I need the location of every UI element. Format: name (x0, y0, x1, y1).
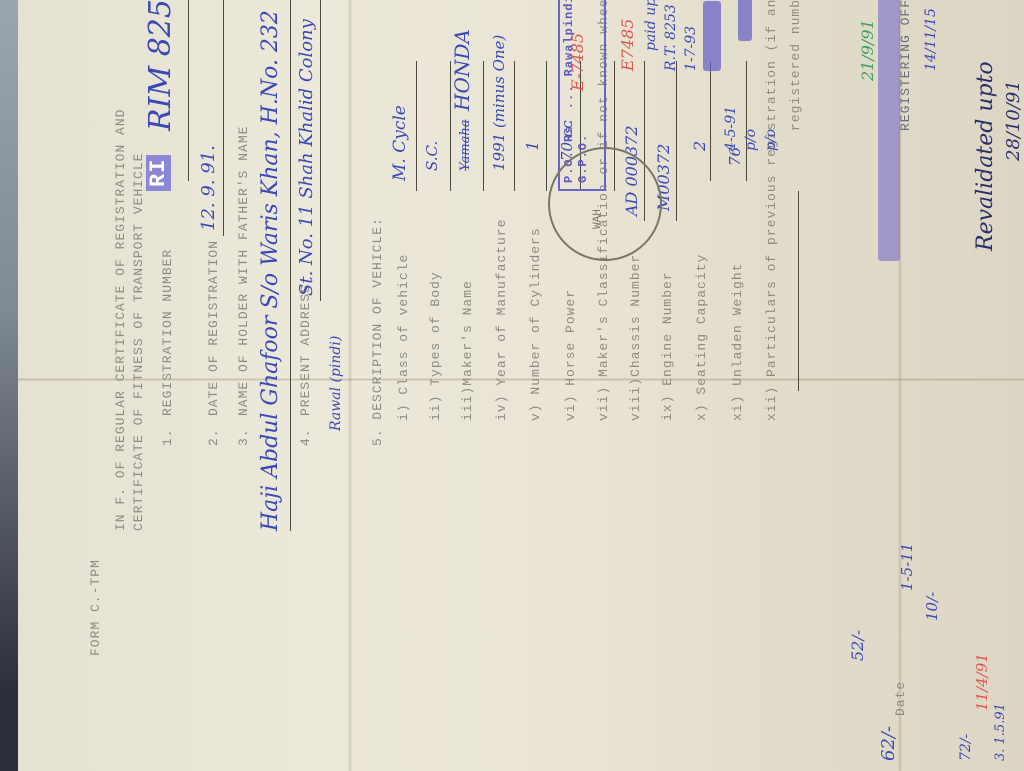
ri-stamp: RI (146, 155, 171, 191)
field-line (746, 61, 747, 181)
fee-note-6: p/o (763, 129, 779, 151)
item-vi: vi) Horse Power (563, 289, 578, 421)
field-3-num: 3. (236, 428, 251, 446)
red-amount: E7485 (618, 19, 637, 71)
field-line (223, 0, 224, 236)
number-note: 3. 1.5.91 (993, 703, 1008, 761)
field-line (514, 61, 515, 191)
item-iii: iii)Maker's Name (460, 280, 475, 421)
body-type-value: S.C. (423, 141, 441, 171)
registration-certificate: FORM C.-TPM IN F. OF REGULAR CERTIFICATE… (18, 0, 1024, 771)
fee-note-3: 1-7-93 (683, 26, 699, 71)
class-of-vehicle-value: M. Cycle (390, 105, 410, 181)
item-v: v) Number of Cylinders (528, 227, 543, 421)
field-3-label: NAME OF HOLDER WITH FATHER'S NAME (236, 126, 251, 416)
cylinders-value: 1 (523, 141, 542, 151)
field-line (290, 0, 291, 531)
item-i: i) Class of vehicle (396, 254, 411, 421)
ink-stamp (703, 1, 721, 71)
section-5-heading: 5. DESCRIPTION OF VEHICLE: (370, 217, 385, 446)
amount-72: 72/- (958, 734, 974, 761)
item-xi: xi) Unladen Weight (730, 263, 745, 421)
field-line (546, 61, 547, 191)
seating-capacity-value: 2 (690, 141, 709, 151)
field-2-label: DATE OF REGISTRATION (206, 240, 221, 416)
ink-stamp (738, 0, 752, 41)
fee-note-2: R.T. 8253 (663, 4, 679, 71)
title-line-1: IN F. OF REGULAR CERTIFICATE OF REGISTRA… (113, 109, 128, 531)
date-value: 1-5-11 (898, 543, 916, 591)
year-value: 1991 (minus One) (490, 35, 508, 171)
item-viii: viii)Chassis Number (628, 254, 643, 421)
po-red-amount: E-7485 (568, 33, 587, 91)
form-code: FORM C.-TPM (88, 559, 103, 656)
amount-62: 62/- (878, 726, 899, 761)
address-extra: Rawal (pindi) (328, 336, 344, 431)
round-postmark-stamp: WAH (548, 147, 662, 261)
field-1-num: 1. (160, 428, 175, 446)
registered-number-label: registered number (788, 0, 803, 131)
registration-number-value: RIM 8253 (143, 0, 178, 131)
registering-officer-stamp (878, 0, 900, 261)
red-date: 11/4/91 (973, 653, 991, 711)
fee-note-5: p/o (743, 129, 759, 151)
registering-officer-label: REGISTERING OFFICER (898, 0, 913, 131)
amount-10: 10/- (923, 592, 941, 621)
field-line (676, 61, 677, 221)
address-value: St. No. 11 Shah Khalid Colony (296, 19, 317, 296)
field-line (320, 0, 321, 301)
field-line (188, 0, 189, 181)
fee-note-4: 4-5-91 (723, 106, 739, 151)
amount-52: 52/- (848, 630, 867, 661)
item-iv: iv) Year of Manufacture (494, 219, 509, 421)
green-date: 21/9/91 (858, 19, 877, 81)
date-label: Date (893, 681, 908, 716)
maker-name-value: HONDA (450, 29, 474, 111)
item-x: x) Seating Capacity (694, 254, 709, 421)
field-line (710, 61, 711, 181)
title-line-2: CERTIFICATE OF FITNESS OF TRANSPORT VEHI… (131, 153, 146, 531)
field-4-label: PRESENT ADDRESS (298, 284, 313, 416)
registration-date-value: 12. 9. 91. (198, 145, 219, 231)
holder-name-value: Haji Abdul Ghafoor S/o Waris Khan, H.No.… (258, 10, 283, 531)
field-1-label: REGISTRATION NUMBER (160, 249, 175, 416)
item-ix: ix) Engine Number (660, 271, 675, 421)
revalidated-date: 28/10/91 (1003, 80, 1024, 161)
struck-maker-name: Yamaha (458, 119, 473, 171)
field-line (483, 61, 484, 191)
item-ii: ii) Types of Body (428, 271, 443, 421)
item-xii: xii) Particulars of previous registratio… (764, 0, 779, 421)
fee-note-1: paid upto 30-6-92 (643, 0, 659, 51)
field-4-num: 4. (298, 428, 313, 446)
right-note: 14/11/15 (923, 8, 939, 71)
field-line (798, 191, 799, 391)
revalidated-note: Revalidated upto (973, 61, 998, 251)
field-2-num: 2. (206, 428, 221, 446)
field-line (416, 61, 417, 191)
